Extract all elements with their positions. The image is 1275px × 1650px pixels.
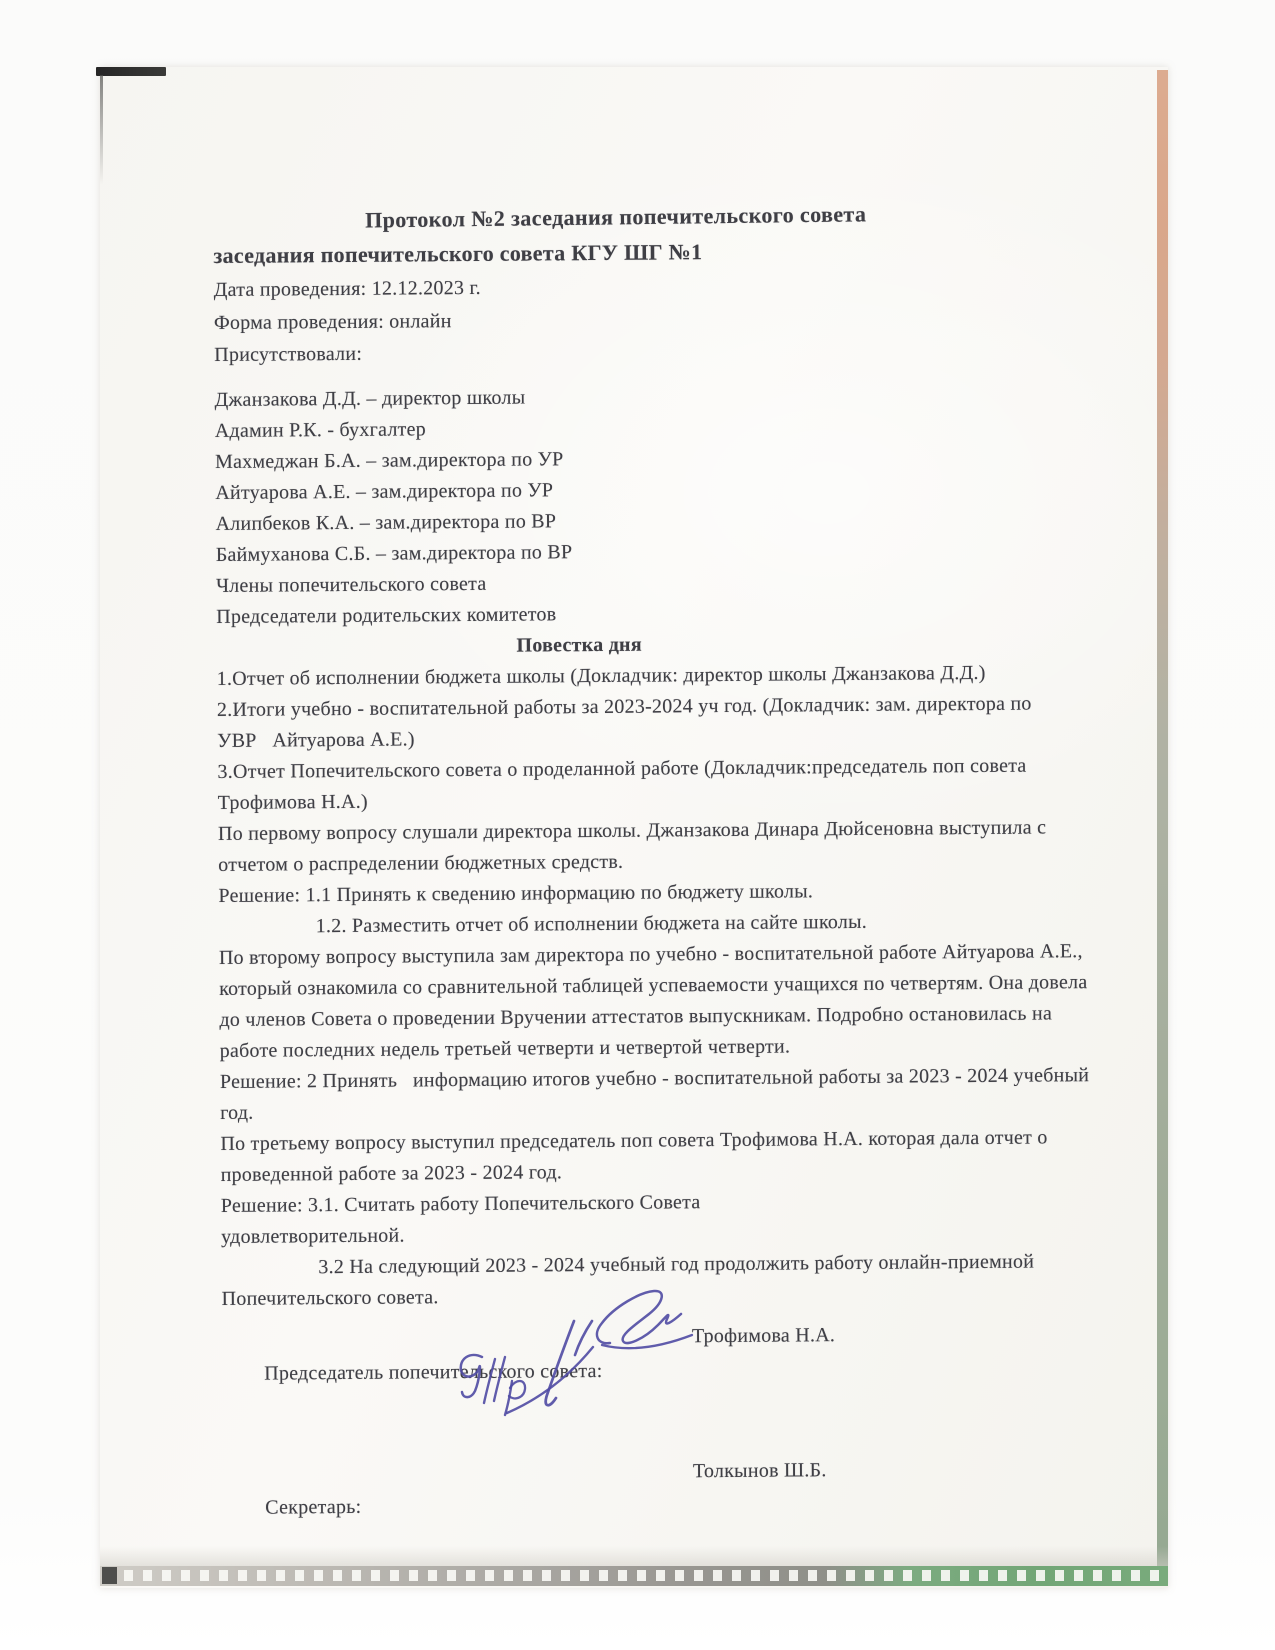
binding-dark-square bbox=[102, 1567, 117, 1584]
body-section: 1.Отчет об исполнении бюджета школы (Док… bbox=[217, 656, 1132, 1314]
secretary-signature-ink bbox=[461, 1321, 593, 1415]
page-top-edge-line bbox=[160, 69, 580, 74]
page-top-edge-dark-wedge bbox=[96, 67, 166, 76]
secretary-signature-row: Секретарь: Толкынов Ш.Б. bbox=[223, 1451, 1134, 1590]
agenda-heading: Повестка дня bbox=[516, 625, 1126, 661]
signatures-overlay bbox=[450, 1285, 700, 1435]
scanner-background: Протокол №2 заседания попечительского со… bbox=[0, 0, 1275, 1650]
chairman-signature-ink bbox=[575, 1291, 692, 1355]
page-left-edge-marks bbox=[100, 75, 103, 185]
attendees-section: Джанзакова Д.Д. – директор школы Адамин … bbox=[214, 377, 1126, 632]
document-page: Протокол №2 заседания попечительского со… bbox=[100, 67, 1168, 1588]
secretary-label: Секретарь: bbox=[265, 1495, 361, 1518]
page-right-edge bbox=[1157, 70, 1168, 1567]
chairman-name: Трофимова Н.А. bbox=[692, 1318, 835, 1353]
meta-section: Дата проведения: 12.12.2023 г. Форма про… bbox=[214, 267, 1125, 372]
secretary-name: Толкынов Ш.Б. bbox=[693, 1454, 827, 1488]
